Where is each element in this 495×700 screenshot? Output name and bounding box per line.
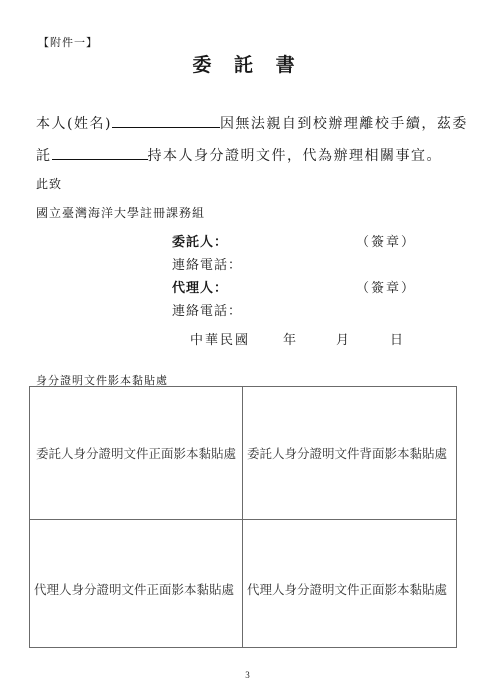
- attachment-label: 【附件一】: [38, 34, 98, 50]
- agent-id-front-cell: 代理人身分證明文件正面影本黏貼處: [30, 520, 243, 647]
- cell-label: 代理人身分證明文件正面影本黏貼處: [247, 580, 447, 598]
- date-month: 月: [336, 329, 351, 348]
- date-era: 中華民國: [190, 329, 250, 348]
- page-number: 3: [0, 670, 495, 680]
- date-day: 日: [390, 329, 405, 348]
- salutation: 此致: [36, 175, 62, 192]
- cell-label: 委託人身分證明文件背面影本黏貼處: [247, 444, 447, 462]
- agent-seal: （簽章）: [356, 277, 416, 296]
- principal-label: 委託人：: [172, 231, 228, 250]
- agent-phone-label: 連絡電話：: [172, 300, 242, 319]
- document-title: 委 託 書: [0, 50, 495, 77]
- cell-label: 代理人身分證明文件正面影本黏貼處: [34, 580, 234, 598]
- principal-id-front-cell: 委託人身分證明文件正面影本黏貼處: [30, 387, 243, 520]
- agent-label: 代理人：: [172, 277, 228, 296]
- entrust-label: 託: [36, 148, 52, 164]
- cell-label: 委託人身分證明文件正面影本黏貼處: [36, 444, 236, 462]
- date-year: 年: [283, 329, 298, 348]
- statement-line-1: 本人(姓名)因無法親自到校辦理離校手續，茲委: [36, 113, 468, 133]
- statement-text-1: 因無法親自到校辦理離校手續，茲委: [220, 116, 468, 132]
- principal-id-back-cell: 委託人身分證明文件背面影本黏貼處: [243, 387, 456, 520]
- name-label: 本人(姓名): [36, 116, 112, 132]
- recipient: 國立臺灣海洋大學註冊課務組: [36, 204, 205, 221]
- principal-phone-label: 連絡電話：: [172, 254, 242, 273]
- principal-seal: （簽章）: [356, 231, 416, 250]
- agent-id-front-cell-2: 代理人身分證明文件正面影本黏貼處: [243, 520, 456, 647]
- proxy-name-blank-field[interactable]: [52, 145, 148, 160]
- id-paste-table: 委託人身分證明文件正面影本黏貼處 委託人身分證明文件背面影本黏貼處 代理人身分證…: [29, 386, 457, 648]
- statement-text-2: 持本人身分證明文件，代為辦理相關事宜。: [148, 148, 443, 164]
- name-blank-field[interactable]: [112, 113, 220, 128]
- statement-line-2: 託持本人身分證明文件，代為辦理相關事宜。: [36, 145, 442, 165]
